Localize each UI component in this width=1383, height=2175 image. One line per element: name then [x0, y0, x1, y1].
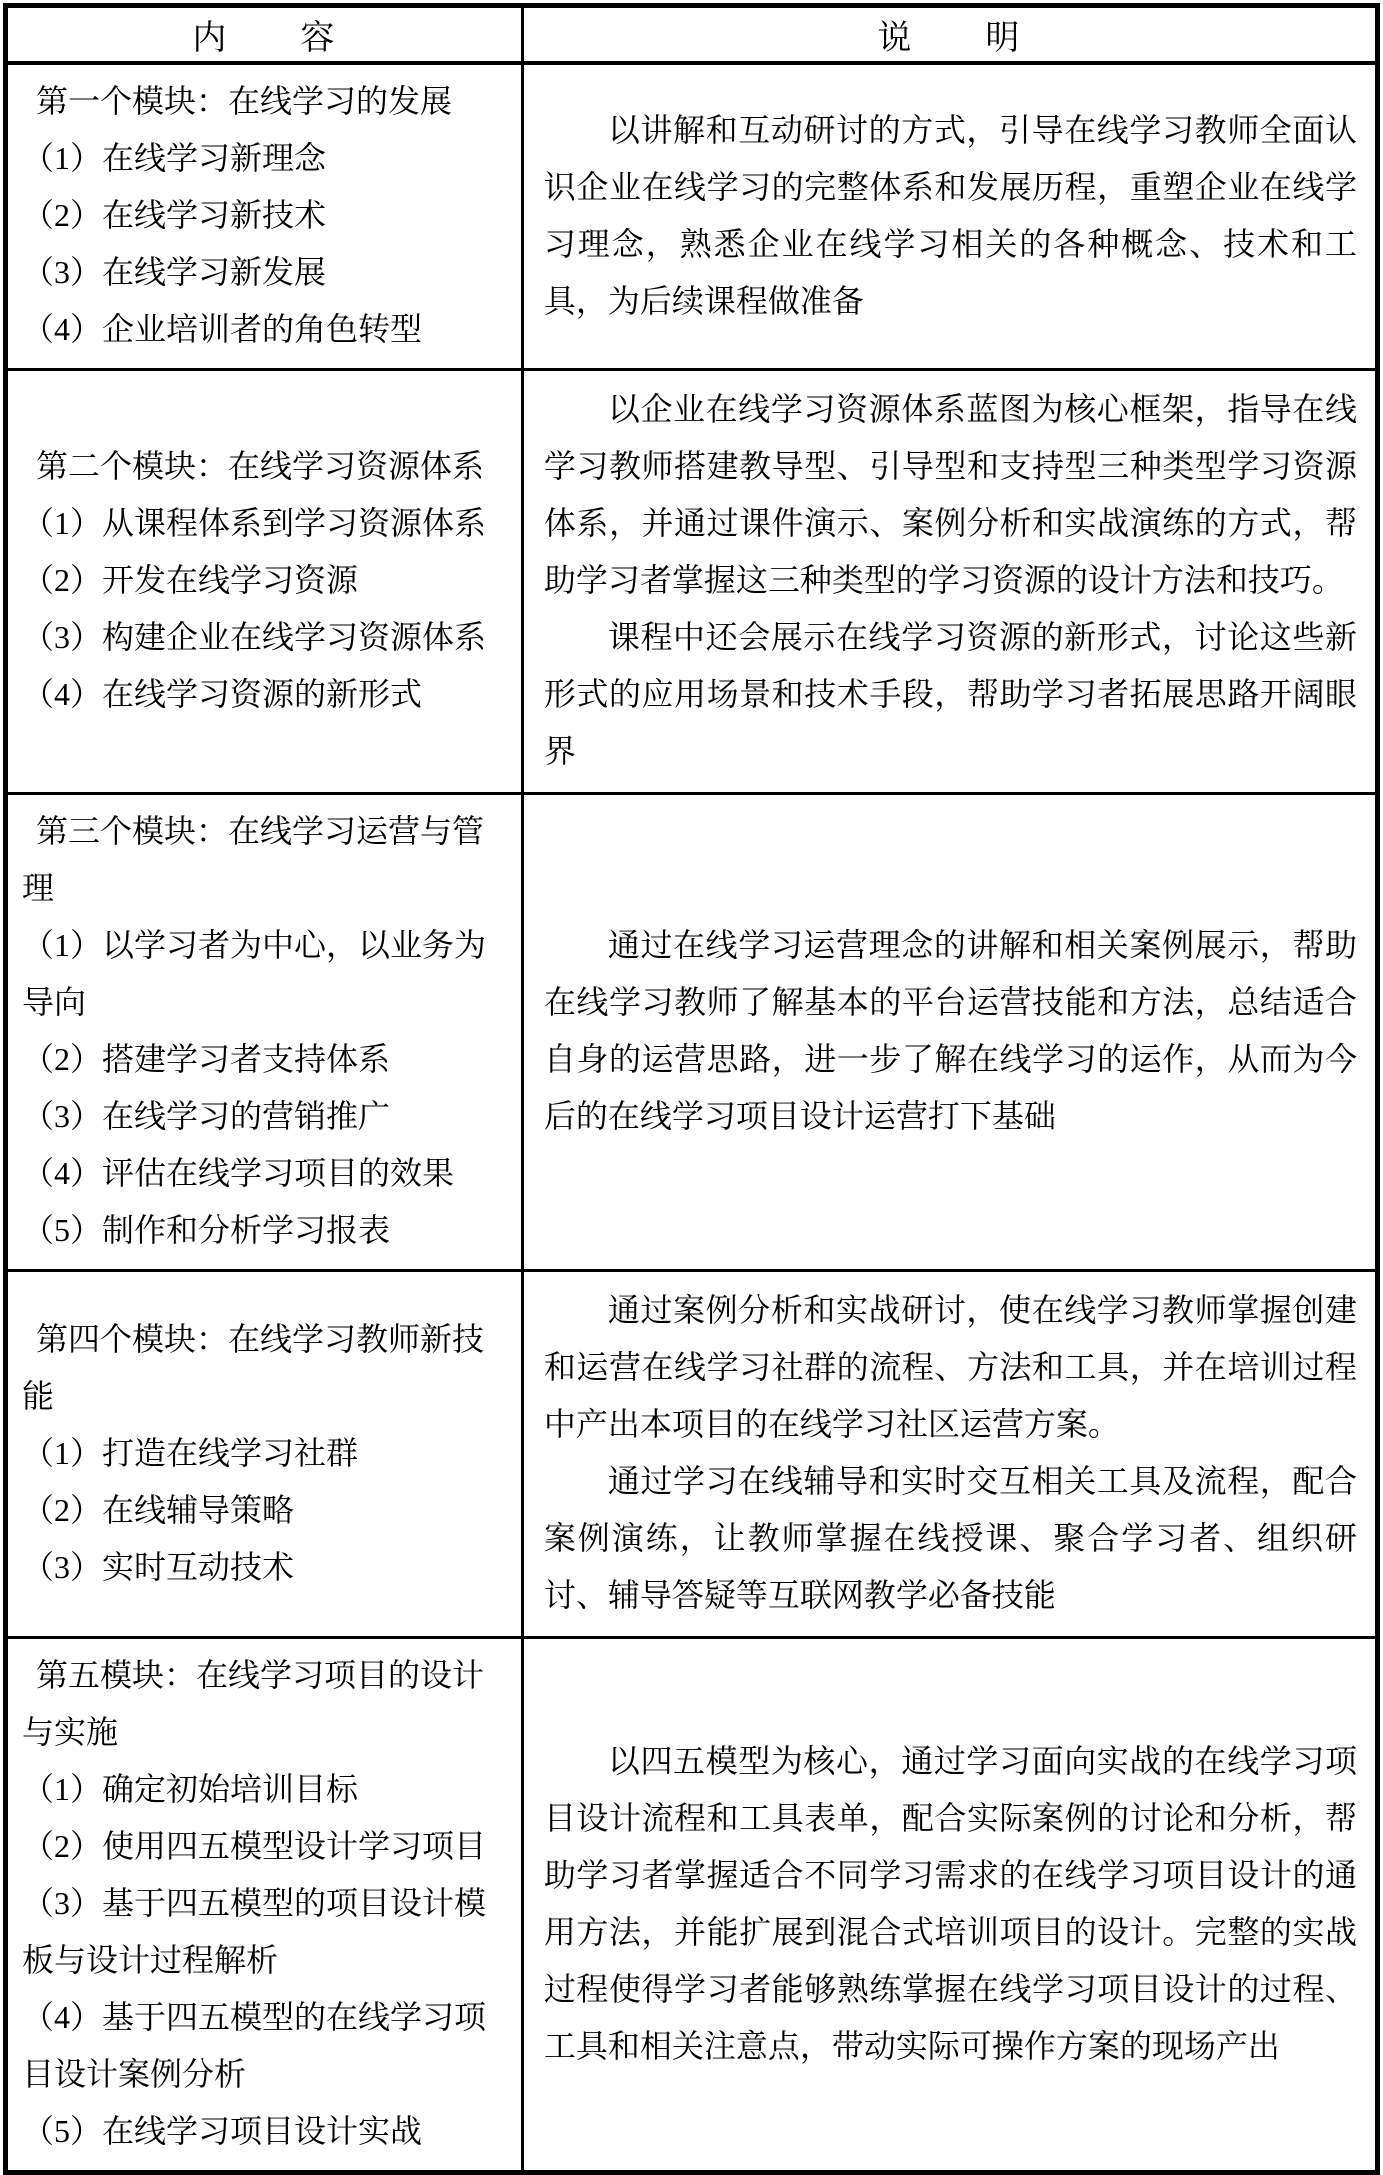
module-content-cell: 第一个模块：在线学习的发展 （1）在线学习新理念 （2）在线学习新技术 （3）在…: [6, 63, 523, 370]
module-item: （2）使用四五模型设计学习项目: [22, 1818, 509, 1875]
table-row: 第五模块：在线学习项目的设计与实施 （1）确定初始培训目标 （2）使用四五模型设…: [6, 1638, 1378, 2173]
module-explain-cell: 通过案例分析和实战研讨，使在线学习教师掌握创建和运营在线学习社群的流程、方法和工…: [522, 1271, 1377, 1638]
module-item: （4）在线学习资源的新形式: [22, 666, 509, 723]
module-item: （4）基于四五模型的在线学习项目设计案例分析: [22, 1989, 509, 2103]
header-cell-explain: 说 明: [522, 6, 1377, 64]
table-row: 第二个模块：在线学习资源体系 （1）从课程体系到学习资源体系 （2）开发在线学习…: [6, 370, 1378, 794]
module-item: （5）制作和分析学习报表: [22, 1202, 509, 1259]
explain-paragraph: 通过案例分析和实战研讨，使在线学习教师掌握创建和运营在线学习社群的流程、方法和工…: [544, 1282, 1357, 1453]
header-cell-content: 内 容: [6, 6, 523, 64]
module-title: 第二个模块：在线学习资源体系: [22, 438, 509, 495]
module-explain-cell: 以企业在线学习资源体系蓝图为核心框架，指导在线学习教师搭建教导型、引导型和支持型…: [522, 370, 1377, 794]
module-explain-cell: 以四五模型为核心，通过学习面向实战的在线学习项目设计流程和工具表单，配合实际案例…: [522, 1638, 1377, 2173]
module-explain-cell: 以讲解和互动研讨的方式，引导在线学习教师全面认识企业在线学习的完整体系和发展历程…: [522, 63, 1377, 370]
module-item: （1）在线学习新理念: [22, 130, 509, 187]
table-row: 第一个模块：在线学习的发展 （1）在线学习新理念 （2）在线学习新技术 （3）在…: [6, 63, 1378, 370]
module-explain-cell: 通过在线学习运营理念的讲解和相关案例展示，帮助在线学习教师了解基本的平台运营技能…: [522, 794, 1377, 1271]
module-item: （2）搭建学习者支持体系: [22, 1031, 509, 1088]
module-title: 第四个模块：在线学习教师新技能: [22, 1311, 509, 1425]
module-item: （1）确定初始培训目标: [22, 1761, 509, 1818]
module-title: 第三个模块：在线学习运营与管理: [22, 803, 509, 917]
module-item: （3）实时互动技术: [22, 1539, 509, 1596]
document-page: 内 容 说 明 第一个模块：在线学习的发展 （1）在线学习新理念 （2）在线学习…: [0, 0, 1383, 1859]
module-item: （3）基于四五模型的项目设计模板与设计过程解析: [22, 1875, 509, 1989]
module-content-cell: 第五模块：在线学习项目的设计与实施 （1）确定初始培训目标 （2）使用四五模型设…: [6, 1638, 523, 2173]
table-row: 第四个模块：在线学习教师新技能 （1）打造在线学习社群 （2）在线辅导策略 （3…: [6, 1271, 1378, 1638]
module-item: （1）以学习者为中心，以业务为导向: [22, 917, 509, 1031]
course-outline-table: 内 容 说 明 第一个模块：在线学习的发展 （1）在线学习新理念 （2）在线学习…: [3, 3, 1380, 2175]
module-content-cell: 第四个模块：在线学习教师新技能 （1）打造在线学习社群 （2）在线辅导策略 （3…: [6, 1271, 523, 1638]
explain-paragraph: 通过在线学习运营理念的讲解和相关案例展示，帮助在线学习教师了解基本的平台运营技能…: [544, 917, 1357, 1145]
module-item: （3）在线学习新发展: [22, 244, 509, 301]
explain-paragraph: 以企业在线学习资源体系蓝图为核心框架，指导在线学习教师搭建教导型、引导型和支持型…: [544, 381, 1357, 609]
module-item: （5）在线学习项目设计实战: [22, 2103, 509, 2160]
module-item: （2）开发在线学习资源: [22, 552, 509, 609]
module-item: （1）打造在线学习社群: [22, 1425, 509, 1482]
module-content-cell: 第二个模块：在线学习资源体系 （1）从课程体系到学习资源体系 （2）开发在线学习…: [6, 370, 523, 794]
header-row: 内 容 说 明: [6, 6, 1378, 64]
explain-paragraph: 以讲解和互动研讨的方式，引导在线学习教师全面认识企业在线学习的完整体系和发展历程…: [544, 102, 1357, 330]
module-item: （3）构建企业在线学习资源体系: [22, 609, 509, 666]
module-title: 第五模块：在线学习项目的设计与实施: [22, 1647, 509, 1761]
table-row: 第三个模块：在线学习运营与管理 （1）以学习者为中心，以业务为导向 （2）搭建学…: [6, 794, 1378, 1271]
explain-paragraph: 通过学习在线辅导和实时交互相关工具及流程，配合案例演练，让教师掌握在线授课、聚合…: [544, 1453, 1357, 1624]
explain-paragraph: 以四五模型为核心，通过学习面向实战的在线学习项目设计流程和工具表单，配合实际案例…: [544, 1733, 1357, 2075]
module-title: 第一个模块：在线学习的发展: [22, 73, 509, 130]
explain-paragraph: 课程中还会展示在线学习资源的新形式，讨论这些新形式的应用场景和技术手段，帮助学习…: [544, 609, 1357, 780]
module-item: （2）在线辅导策略: [22, 1482, 509, 1539]
module-item: （1）从课程体系到学习资源体系: [22, 495, 509, 552]
module-item: （3）在线学习的营销推广: [22, 1088, 509, 1145]
module-item: （4）评估在线学习项目的效果: [22, 1145, 509, 1202]
module-item: （2）在线学习新技术: [22, 187, 509, 244]
module-item: （4）企业培训者的角色转型: [22, 301, 509, 358]
table-body: 第一个模块：在线学习的发展 （1）在线学习新理念 （2）在线学习新技术 （3）在…: [6, 63, 1378, 2173]
table-header: 内 容 说 明: [6, 6, 1378, 64]
module-content-cell: 第三个模块：在线学习运营与管理 （1）以学习者为中心，以业务为导向 （2）搭建学…: [6, 794, 523, 1271]
